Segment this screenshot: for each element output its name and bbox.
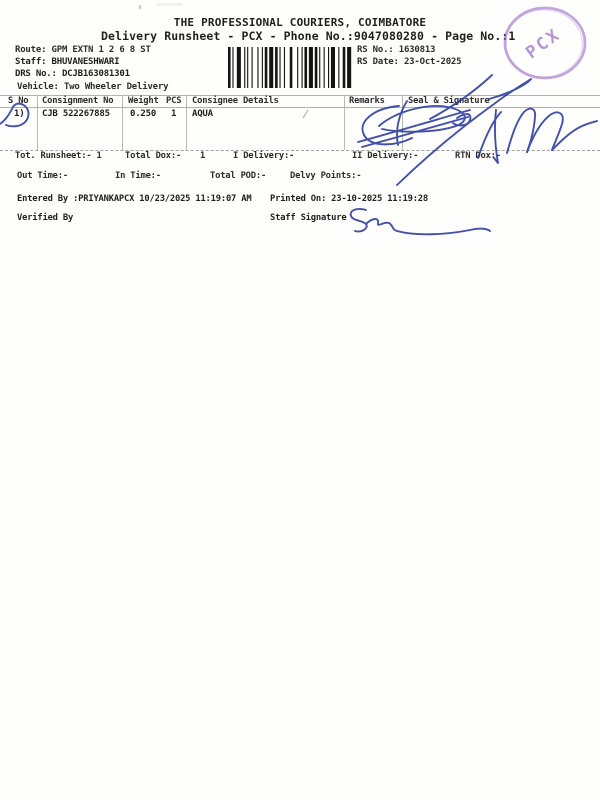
rs-date-field: RS Date: 23-Oct-2025	[357, 58, 461, 67]
col-header-remarks: Remarks	[349, 97, 385, 106]
drs-no-field: DRS No.: DCJB163081301	[15, 70, 130, 79]
stamp-text: PCX	[522, 24, 565, 63]
row-weight: 0.250	[130, 110, 156, 119]
rs-no-field: RS No.: 1630813	[357, 46, 435, 55]
row-consignment-no: CJB 522267885	[42, 110, 110, 119]
in-time: In Time:-	[115, 172, 161, 181]
table-col-line	[122, 95, 123, 150]
total-pod: Total POD:-	[210, 172, 266, 181]
scanned-delivery-runsheet: THE PROFESSIONAL COURIERS, COIMBATORE De…	[0, 0, 600, 800]
table-col-line	[186, 95, 187, 150]
total-dox-label: Total Dox:-	[125, 152, 181, 161]
row-pcs: 1	[171, 110, 176, 119]
total-runsheet: Tot. Runsheet:- 1	[15, 152, 102, 161]
page-subtitle: Delivery Runsheet - PCX - Phone No.:9047…	[101, 31, 515, 43]
entered-by: Entered By :PRIYANKAPCX 10/23/2025 11:19…	[17, 195, 251, 204]
page-title: THE PROFESSIONAL COURIERS, COIMBATORE	[0, 17, 600, 28]
graphics-overlay: PCX	[0, 0, 600, 800]
printed-on: Printed On: 23-10-2025 11:19:28	[270, 195, 428, 204]
staff-signature-label: Staff Signature	[270, 214, 346, 223]
route-field: Route: GPM EXTN 1 2 6 8 ST	[15, 46, 151, 55]
col-header-consignment: Consignment No	[42, 97, 113, 106]
table-col-line	[402, 95, 403, 150]
staff-signature-ink	[351, 209, 490, 234]
vehicle-field: Vehicle: Two Wheeler Delivery	[17, 83, 168, 92]
col-header-consignee: Consignee Details	[192, 97, 279, 106]
col-header-seal: Seal & Signature	[408, 97, 490, 106]
ii-delivery: II Delivery:-	[352, 152, 418, 161]
verified-by-label: Verified By	[17, 214, 73, 223]
delvy-points: Delvy Points:-	[290, 172, 361, 181]
table-col-line	[37, 95, 38, 150]
scan-mark	[303, 110, 308, 118]
scan-smudge	[156, 3, 182, 6]
col-header-weight: Weight	[128, 97, 159, 106]
out-time: Out Time:-	[17, 172, 68, 181]
rtn-dox: RTN Dox:-	[455, 152, 501, 161]
col-header-pcs: PCS	[166, 97, 181, 106]
row-consignee: AQUA	[192, 110, 213, 119]
barcode	[228, 47, 351, 88]
i-delivery: I Delivery:-	[233, 152, 294, 161]
staff-field: Staff: BHUVANESHWARI	[15, 58, 119, 67]
scan-speck	[139, 5, 142, 9]
total-dox-value: 1	[200, 152, 205, 161]
row-sno: 1)	[14, 110, 24, 119]
table-col-line	[344, 95, 345, 150]
col-header-sno: S No	[8, 97, 28, 106]
seal-header-dash: -	[483, 98, 488, 107]
table-header-border	[0, 107, 600, 108]
